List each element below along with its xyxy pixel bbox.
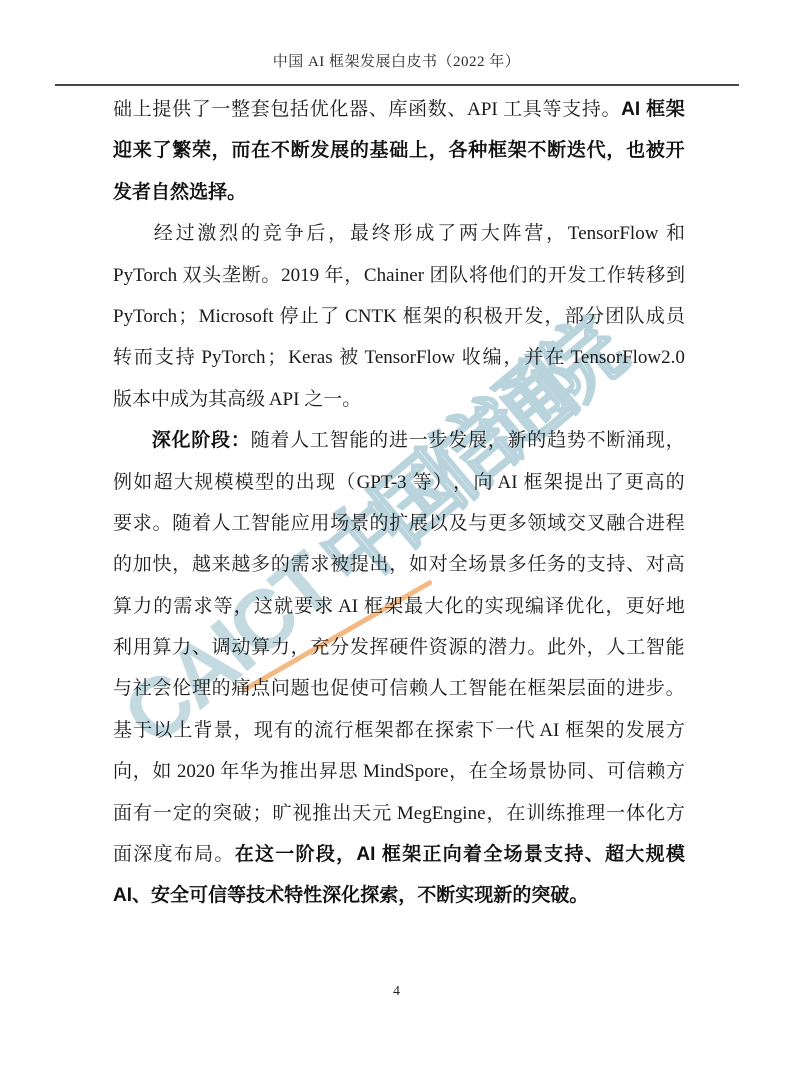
- text-line: 向，如 2020 年华为推出昇思 MindSpore，在全场景协同、可信赖方: [113, 756, 685, 797]
- text-line: 面有一定的突破；旷视推出天元 MegEngine，在训练推理一体化方: [113, 798, 685, 839]
- text-line: 算力的需求等，这就要求 AI 框架最大化的实现编译优化，更好地: [113, 591, 685, 632]
- text-line: 面深度布局。在这一阶段，AI 框架正向着全场景支持、超大规模: [113, 839, 685, 880]
- text-line: 转而支持 PyTorch；Keras 被 TensorFlow 收编，并在 Te…: [113, 342, 685, 383]
- text-line: 深化阶段：随着人工智能的进一步发展，新的趋势不断涌现，: [113, 425, 685, 466]
- body-text: 础上提供了一整套包括优化器、库函数、API 工具等支持。AI 框架迎来了繁荣，而…: [113, 94, 685, 922]
- text-line: PyTorch；Microsoft 停止了 CNTK 框架的积极开发，部分团队成…: [113, 301, 685, 342]
- text-line: PyTorch 双头垄断。2019 年，Chainer 团队将他们的开发工作转移…: [113, 260, 685, 301]
- header-rule: [55, 84, 739, 86]
- text-line: 发者自然选择。: [113, 177, 685, 218]
- text-line: 例如超大规模模型的出现（GPT-3 等），向 AI 框架提出了更高的: [113, 467, 685, 508]
- text-line: 利用算力、调动算力，充分发挥硬件资源的潜力。此外，人工智能: [113, 632, 685, 673]
- page-number: 4: [393, 984, 400, 999]
- text-line: 础上提供了一整套包括优化器、库函数、API 工具等支持。AI 框架: [113, 94, 685, 135]
- text-line: AI、安全可信等技术特性深化探索，不断实现新的突破。: [113, 880, 685, 921]
- text-line: 与社会伦理的痛点问题也促使可信赖人工智能在框架层面的进步。: [113, 673, 685, 714]
- page-footer: 4: [0, 982, 793, 1000]
- text-line: 迎来了繁荣，而在不断发展的基础上，各种框架不断迭代，也被开: [113, 135, 685, 176]
- header-title: 中国 AI 框架发展白皮书（2022 年）: [0, 50, 793, 71]
- text-line: 的加快，越来越多的需求被提出，如对全场景多任务的支持、对高: [113, 549, 685, 590]
- text-line: 要求。随着人工智能应用场景的扩展以及与更多领域交叉融合进程: [113, 508, 685, 549]
- text-line: 经过激烈的竞争后，最终形成了两大阵营，TensorFlow 和: [113, 218, 685, 259]
- text-line: 基于以上背景，现有的流行框架都在探索下一代 AI 框架的发展方: [113, 715, 685, 756]
- document-page: 中国 AI 框架发展白皮书（2022 年） CAICT 中国信通院 础上提供了一…: [0, 0, 793, 1077]
- text-line: 版本中成为其高级 API 之一。: [113, 384, 685, 425]
